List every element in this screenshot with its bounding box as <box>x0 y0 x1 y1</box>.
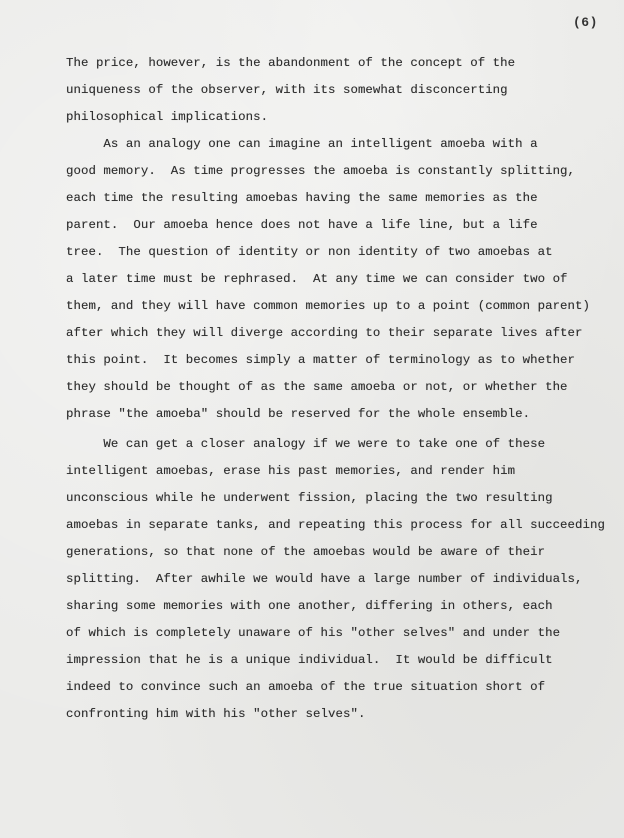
text-line: We can get a closer analogy if we were t… <box>66 437 545 451</box>
page-number: (6) <box>573 15 598 30</box>
text-line: unconscious while he underwent fission, … <box>66 491 553 505</box>
text-line: sharing some memories with one another, … <box>66 599 553 613</box>
text-line: As an analogy one can imagine an intelli… <box>66 137 538 151</box>
text-line: they should be thought of as the same am… <box>66 380 568 394</box>
text-line: of which is completely unaware of his "o… <box>66 626 560 640</box>
text-line: after which they will diverge according … <box>66 326 583 340</box>
text-line: The price, however, is the abandonment o… <box>66 56 515 70</box>
text-line: indeed to convince such an amoeba of the… <box>66 680 545 694</box>
text-line: phrase "the amoeba" should be reserved f… <box>66 407 530 421</box>
text-line: intelligent amoebas, erase his past memo… <box>66 464 515 478</box>
text-line: good memory. As time progresses the amoe… <box>66 164 575 178</box>
text-line: uniqueness of the observer, with its som… <box>66 83 508 97</box>
text-line: tree. The question of identity or non id… <box>66 245 553 259</box>
text-line: generations, so that none of the amoebas… <box>66 545 545 559</box>
text-line: a later time must be rephrased. At any t… <box>66 272 568 286</box>
text-line: parent. Our amoeba hence does not have a… <box>66 218 538 232</box>
text-line: confronting him with his "other selves". <box>66 707 365 721</box>
text-line: each time the resulting amoebas having t… <box>66 191 538 205</box>
typewritten-page: (6) The price, however, is the abandonme… <box>0 0 624 838</box>
text-line: them, and they will have common memories… <box>66 299 590 313</box>
text-line: splitting. After awhile we would have a … <box>66 572 583 586</box>
text-line: philosophical implications. <box>66 110 268 124</box>
text-line: this point. It becomes simply a matter o… <box>66 353 575 367</box>
text-line: impression that he is a unique individua… <box>66 653 553 667</box>
text-line: amoebas in separate tanks, and repeating… <box>66 518 605 532</box>
